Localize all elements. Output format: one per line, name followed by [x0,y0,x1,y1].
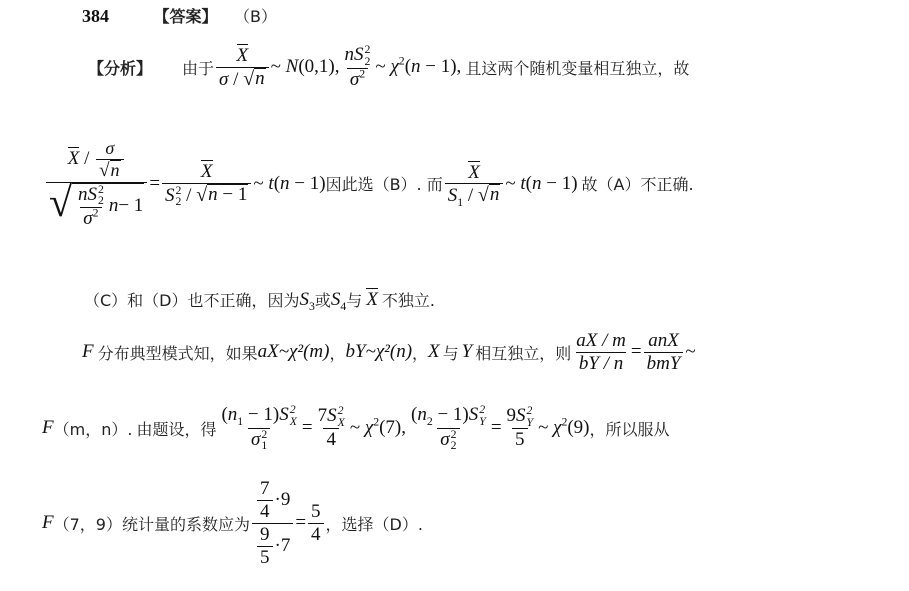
text: 相互独立，则 [475,341,571,364]
text: 因此选（B）. 而 [326,172,443,195]
header-line: 384 【答案】 （B） [82,4,277,27]
text: 与 [443,341,459,364]
text: ， [329,341,345,364]
text: ， [412,341,428,364]
fraction-xbar-over-S1: X S1 / √n [445,161,504,208]
ax-dist: aX~χ²(m) [258,341,330,363]
answer-value: （B） [234,7,277,26]
text: ，选择（D）. [326,512,423,535]
dist-chi2-9: ~ χ2(9) [538,417,589,439]
analysis-line-6: F （7，9） 统计量的系数应为 74·9 95·7 = 5 4 ，选择（D）. [42,478,423,568]
equals-sign: = [631,341,642,363]
text: （7，9） [54,512,122,535]
equals-sign: = [491,417,502,439]
text: 分布典型模式知，如果 [98,341,258,364]
text: （m，n）. [54,417,133,440]
y-symbol: Y [462,341,473,363]
analysis-label: 【分析】 [88,56,152,79]
answer-label: 【答案】 [154,7,218,26]
fraction-9Sy: 9S2Y 5 [504,405,537,451]
text: 故（A）不正确. [582,172,694,195]
fraction-7Sx: 7S2X 4 [315,405,348,451]
fraction-aX-bY: aX / m bY / n [573,330,629,375]
fraction-nS2-over-sigma2: nS22 σ2 [342,44,374,90]
fraction-coefficient: 74·9 95·7 [252,478,293,568]
xbar: X [366,288,378,309]
problem-number: 384 [82,6,109,26]
by-dist: bY~χ²(n) [345,341,412,363]
s4: S4 [331,289,346,311]
dist-normal: ~ N(0,1), [271,56,340,78]
fraction-xbar-over-S2: X S22 / √n − 1 [162,160,251,208]
fraction-big: X / σ√n √nS22σ2n − 1 [46,138,147,230]
text: 由题设，得 [136,417,216,440]
analysis-line-4: F 分布典型模式知，如果 aX~χ²(m) ， bY~χ²(n) ， X 与 Y… [82,330,696,375]
tilde: ~ [685,341,695,363]
text: 统计量的系数应为 [122,512,250,535]
text: 或 [315,288,331,311]
analysis-line-2: X / σ√n √nS22σ2n − 1 = X S22 / √n − 1 ~ … [44,138,694,230]
fraction-n1: (n1 − 1)S2X σ21 [218,404,299,452]
equals-sign: = [302,417,313,439]
dist-t: ~ t(n − 1) [253,173,325,195]
fraction-anX-bmY: anX bmY [644,330,684,375]
fraction-result: 5 4 [308,501,324,546]
f-symbol: F [42,512,54,534]
equals-sign: = [149,173,160,195]
dist-t-2: ~ t(n − 1) [505,173,577,195]
analysis-line-3: （C）和（D）也不正确，因为 S3 或 S4 与 X 不独立. [84,288,435,311]
dist-chi2: ~ χ2(n − 1), [375,56,461,78]
equals-sign: = [295,512,306,534]
text: ，所以服从 [590,417,670,440]
text: 由于 [182,56,214,79]
text: 不独立. [382,288,435,311]
dist-chi2-7: ~ χ2(7), [350,417,406,439]
text: 且这两个随机变量相互独立，故 [465,56,689,79]
text: 与 [346,288,362,311]
fraction-xbar-over-sigma: X σ / √n [216,44,269,91]
f-symbol: F [42,417,54,439]
s3: S3 [300,289,315,311]
f-symbol: F [82,341,94,363]
x-symbol: X [428,341,440,363]
fraction-n2: (n2 − 1)S2Y σ22 [408,404,489,452]
text: （C）和（D）也不正确，因为 [84,288,300,311]
analysis-line-1: 【分析】 由于 X σ / √n ~ N(0,1), nS22 σ2 ~ χ2(… [88,44,689,91]
analysis-line-5: F （m，n）. 由题设，得 (n1 − 1)S2X σ21 = 7S2X 4 … [42,404,670,452]
